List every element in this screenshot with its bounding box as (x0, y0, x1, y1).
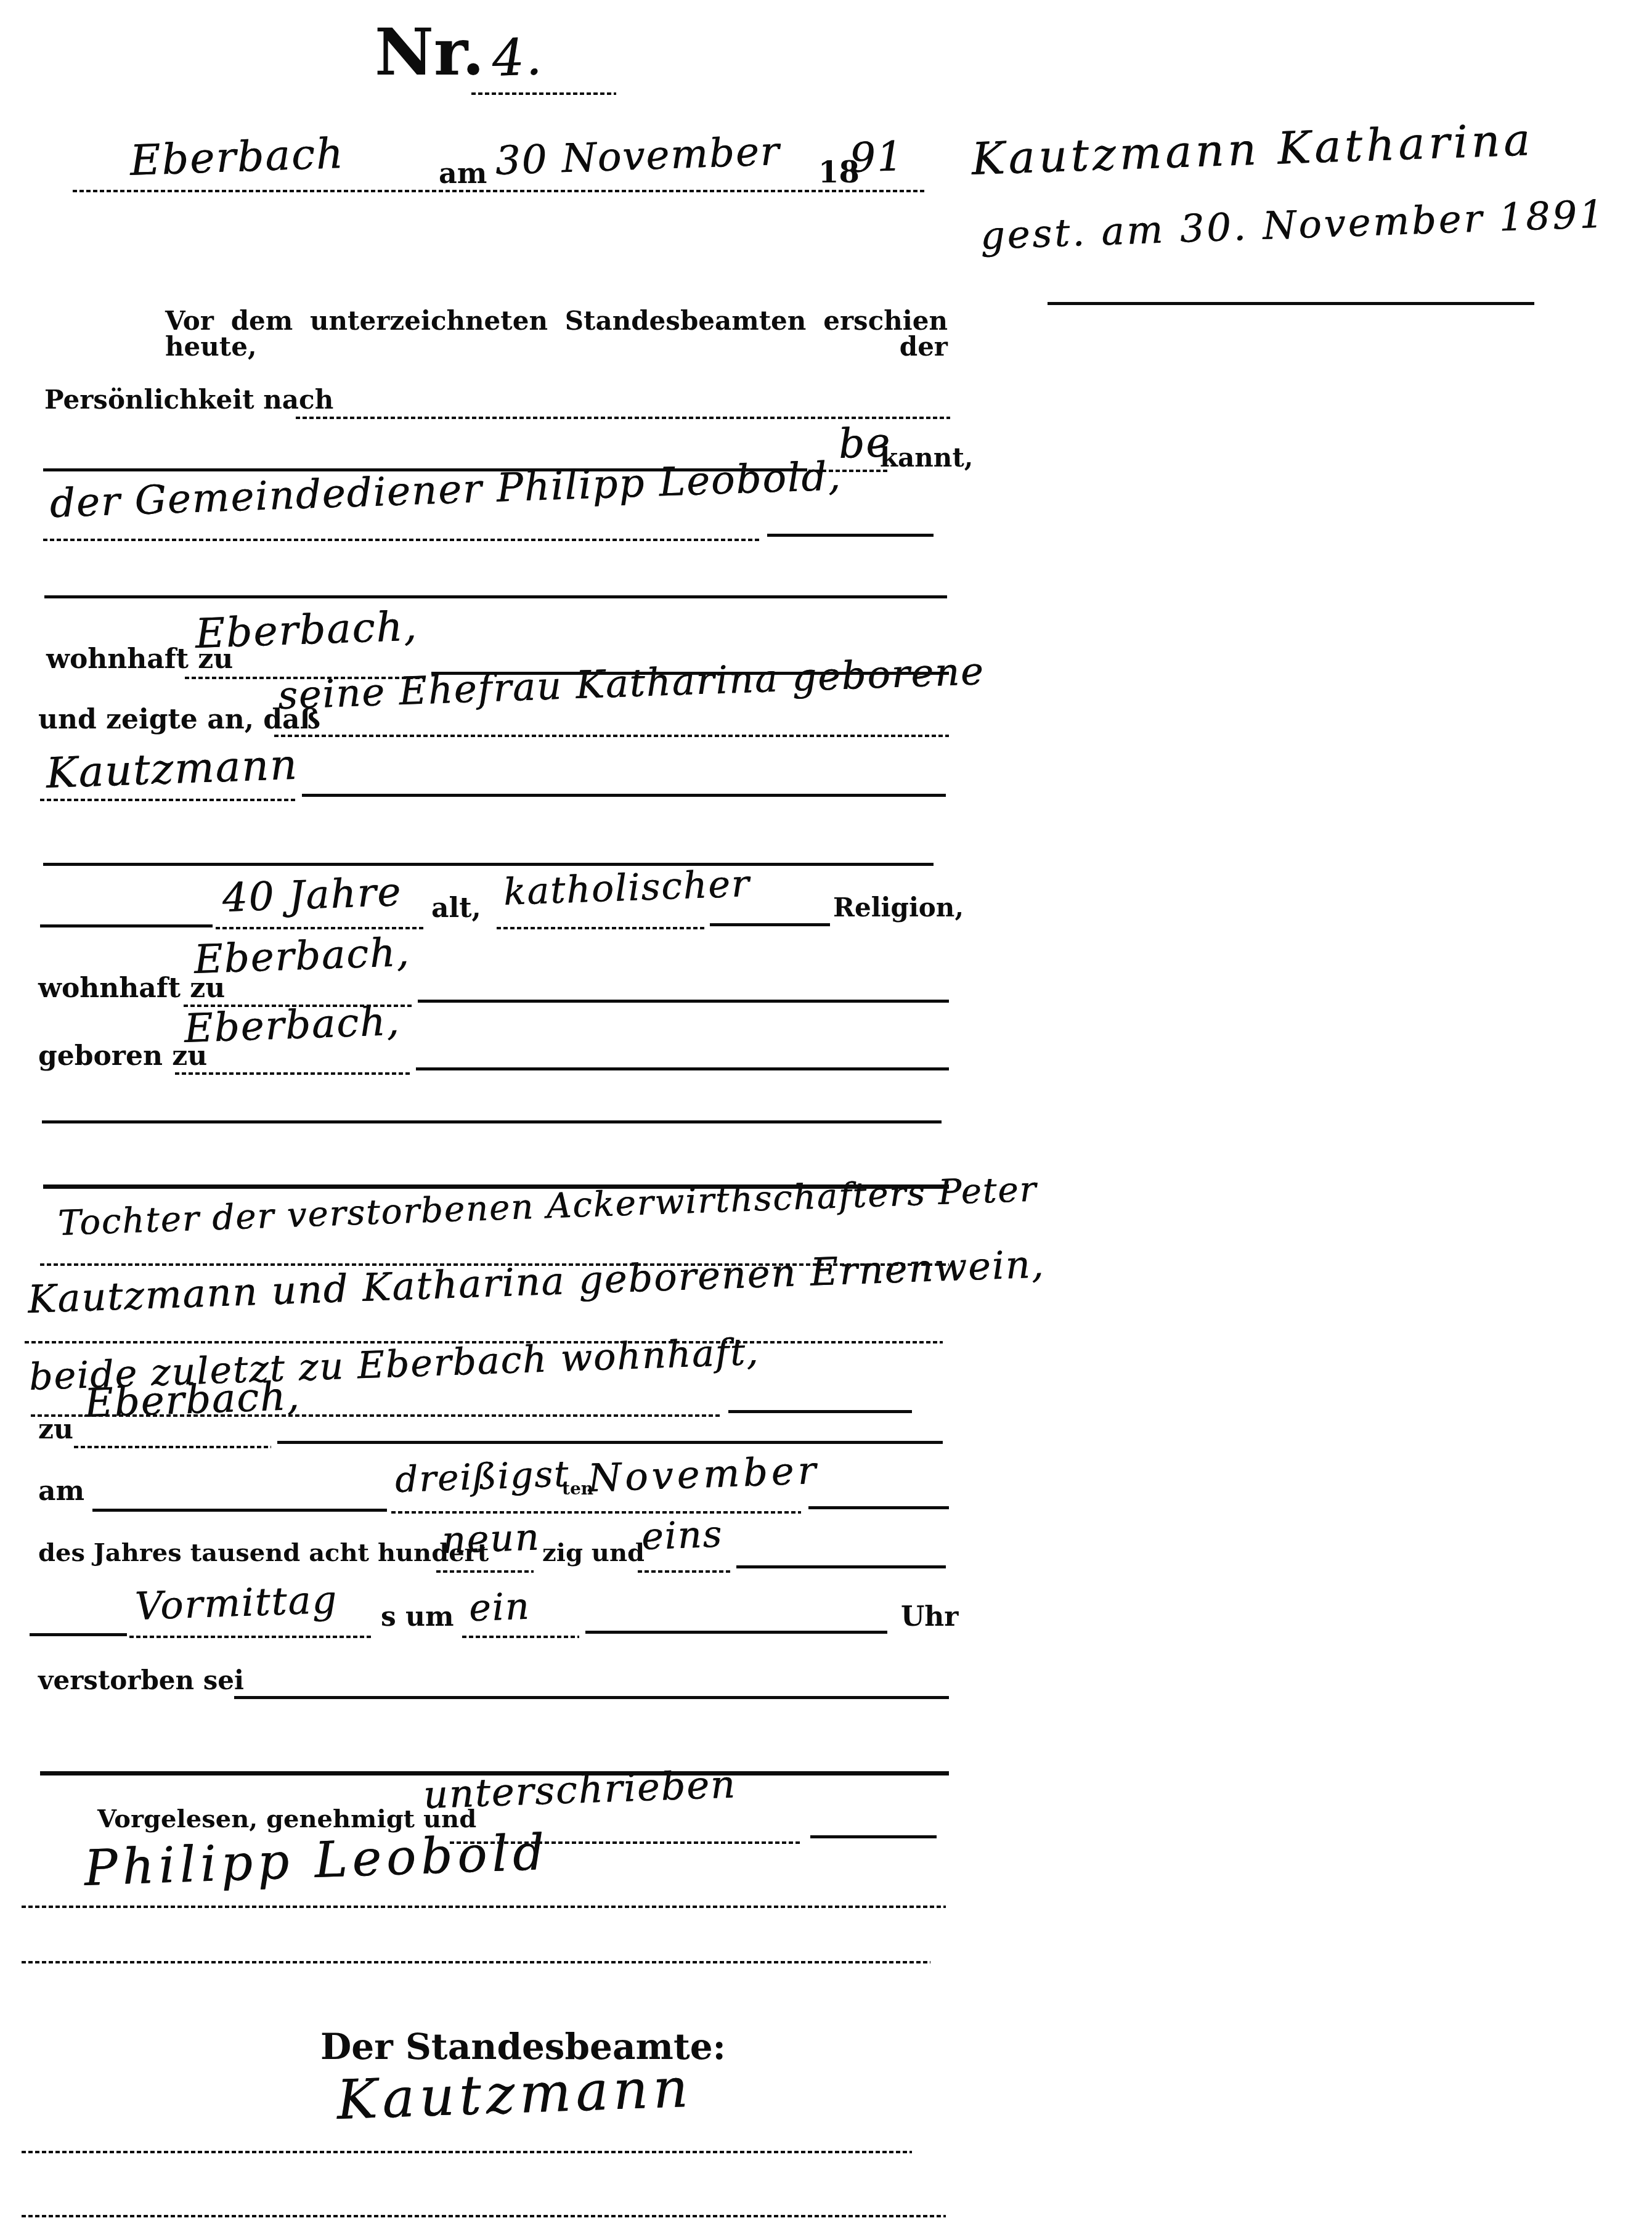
ruled-line (274, 735, 949, 737)
death-month: November (587, 1451, 820, 1498)
record-date: 30 November (495, 132, 781, 181)
ruled-line (42, 1120, 942, 1123)
declarant-signature: Philipp Leobold (83, 1828, 550, 1893)
intro-line: Vor dem unterzeichneten Standesbeamten e… (165, 308, 948, 360)
ruled-line (391, 1511, 801, 1514)
ruled-line (22, 1906, 946, 1908)
ruled-line (296, 417, 950, 419)
ruled-line (710, 923, 830, 926)
record-place: Eberbach (129, 133, 345, 182)
ruled-line (234, 1696, 949, 1699)
ruled-line (43, 539, 761, 541)
deceased-residence: Eberbach, (193, 933, 411, 980)
deceased-relation: seine Ehefrau Katharina geborene (277, 652, 985, 715)
declarant-name: der Gemeindediener Philipp Leobold, (49, 457, 842, 524)
persoenlichkeit-label: Persönlichkeit nach (44, 387, 333, 413)
ruled-line (43, 863, 934, 866)
age-label: alt, (431, 895, 481, 922)
deceased-surname: Kautzmann (46, 744, 299, 795)
birthplace-label: geboren zu (38, 1043, 207, 1070)
death-hour: ein (468, 1588, 531, 1627)
deceased-religion: katholischer (503, 865, 751, 911)
ruled-line (416, 1067, 949, 1070)
deceased-age: 40 Jahre (222, 873, 402, 918)
ruled-line (129, 1636, 371, 1638)
ruled-line (808, 1506, 949, 1509)
known-printed: kannt, (880, 445, 973, 471)
record-number-value: 4. (491, 32, 543, 84)
closing-handwritten: unterschrieben (423, 1765, 737, 1814)
death-record-page: Nr. 4. Eberbach am 30 November 18 91 Kau… (0, 0, 1652, 2226)
ruled-line (471, 92, 616, 95)
ruled-line (22, 2215, 946, 2217)
ruled-line (216, 927, 425, 929)
death-year-ones: eins (641, 1515, 723, 1555)
death-place-label: zu (38, 1416, 73, 1443)
year-written: 91 (849, 136, 905, 179)
ruled-line (30, 1633, 127, 1636)
religion-label: Religion, (833, 895, 964, 921)
ruled-line (277, 1441, 943, 1444)
ruled-line (175, 1072, 410, 1075)
margin-note-date: gest. am 30. November 1891 (980, 195, 1606, 255)
ruled-line (736, 1565, 946, 1568)
registrar-signature: Kautzmann (336, 2061, 694, 2127)
ruled-line (638, 1570, 730, 1573)
ruled-line (40, 924, 213, 927)
zig-und-label: zig und (542, 1541, 645, 1565)
ruled-line (302, 794, 946, 797)
margin-note-underline (1048, 302, 1534, 305)
ruled-line (728, 1410, 912, 1413)
ruled-line (436, 1570, 534, 1573)
s-um-label: s um (381, 1604, 454, 1631)
uhr-label: Uhr (901, 1604, 959, 1631)
death-date-label: am (38, 1478, 84, 1505)
am-label: am (439, 159, 487, 187)
died-label: verstorben sei (38, 1668, 244, 1694)
death-day: dreißigst (394, 1456, 570, 1498)
parents-line2: Kautzmann und Katharina geborenen Ernenw… (27, 1245, 1045, 1319)
ruled-line (22, 2151, 912, 2153)
ruled-line (418, 1000, 949, 1003)
ruled-line (40, 799, 296, 801)
declarant-residence: Eberbach, (195, 606, 418, 654)
death-daytime: Vormittag (134, 1581, 338, 1626)
death-place: Eberbach, (84, 1377, 301, 1424)
ruled-line (810, 1835, 937, 1838)
ruled-line (44, 595, 947, 598)
ruled-line (92, 1509, 387, 1512)
death-year-tens: neun (441, 1519, 540, 1559)
ruled-line (22, 1961, 930, 1963)
ruled-line (585, 1631, 887, 1634)
death-year-label: des Jahres tausend acht hundert (38, 1541, 489, 1565)
ruled-line (74, 1446, 271, 1448)
parents-line1: Tochter der verstorbenen Ackerwirthschaf… (57, 1173, 1038, 1241)
deceased-birthplace: Eberbach, (184, 1002, 401, 1049)
ruled-line (497, 927, 706, 929)
record-number-label: Nr. (375, 20, 484, 84)
ruled-line (462, 1636, 579, 1638)
ruled-line (767, 534, 934, 537)
ruled-line (73, 190, 924, 192)
margin-note-name: Kautzmann Katharina (970, 117, 1534, 181)
